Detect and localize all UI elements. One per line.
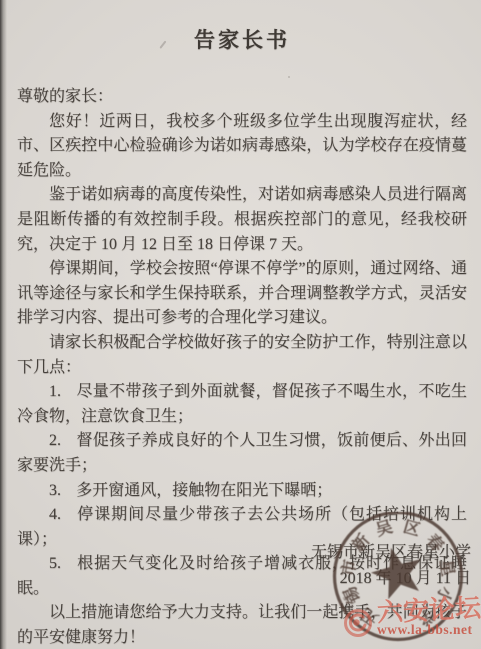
list-item-text: 多开窗通风，接触物在阳光下曝晒； [76,482,332,499]
salutation: 尊敬的家长： [17,85,467,110]
paragraph: 停课期间，学校会按照“停课不停学”的原则，通过网络、通讯等途径与家长和学生保持联… [17,257,467,331]
list-item-text: 督促孩子养成良好的个人卫生习惯，饭前便后、外出回家要洗手； [17,432,467,474]
list-item: 1.尽量不带孩子到外面就餐，督促孩子不喝生水，不吃生冷食物，注意饮食卫生； [17,380,467,429]
stamp-arc-char: 区 [401,517,423,540]
stamp-arc-char: 星 [436,558,458,578]
list-item-number: 1. [49,383,61,400]
paragraph: 您好！近两日，我校多个班级多位学生出现腹泻症状，经市、区疾控中心检验确诊为诺如病… [17,110,467,184]
list-item: 2.督促孩子养成良好的个人卫生习惯，饭前便后、外出回家要洗手； [17,429,467,478]
list-item-number: 2. [49,432,61,449]
stamp-arc-char: 市 [337,557,360,577]
forum-watermark: 六安论坛 www.la-bbs.net [341,596,481,640]
list-item-number: 3. [49,482,61,499]
list-item-number: 4. [49,506,61,523]
page-title: 告家长书 [17,26,467,55]
paragraph: 请家长积极配合学校做好孩子的安全防护工作，特别注意以下几点： [17,331,467,380]
stamp-arc-char: 吴 [374,517,396,540]
forum-logo-icon [341,606,375,640]
watermark-text: 六安论坛 www.la-bbs.net [377,596,481,638]
stamp-star-icon [371,548,421,599]
list-item-text: 尽量不带孩子到外面就餐，督促孩子不喝生水，不吃生冷食物，注意饮食卫生； [17,383,467,425]
list-item-number: 5. [49,555,61,572]
list-item: 3.多开窗通风，接触物在阳光下曝晒； [17,479,467,504]
paragraph: 鉴于诺如病毒的高度传染性，对诺如病毒感染人员进行隔离是阻断传播的有效控制手段。根… [17,183,467,257]
watermark-site-name: 六安论坛 [376,593,481,628]
letter-photo: 告家长书 尊敬的家长： 您好！近两日，我校多个班级多位学生出现腹泻症状，经市、区… [0,0,481,649]
